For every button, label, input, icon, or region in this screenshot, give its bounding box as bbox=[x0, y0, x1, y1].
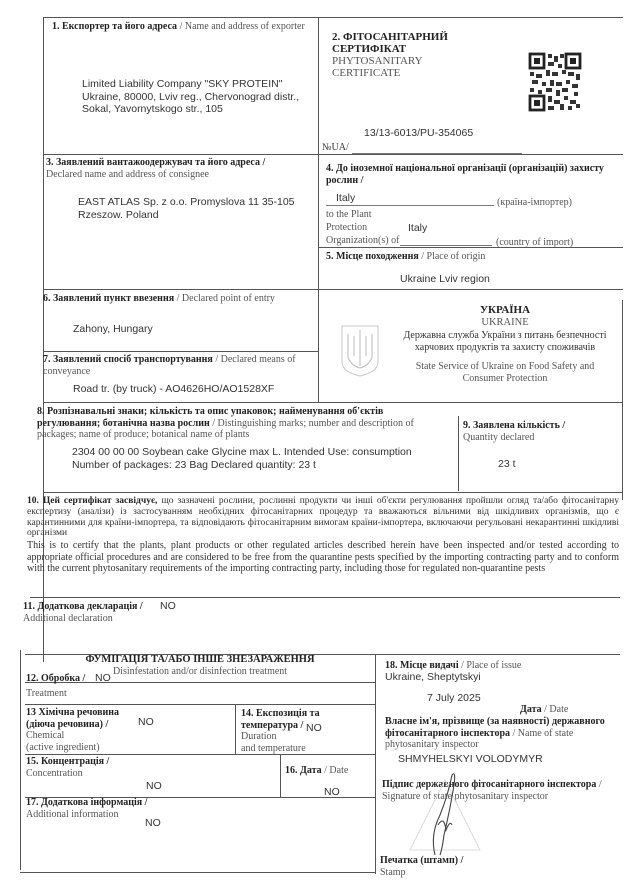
divider bbox=[25, 704, 375, 705]
signature-icon bbox=[400, 765, 490, 865]
title-en-1: PHYTOSANITARY bbox=[332, 55, 448, 67]
box13-label: 13 Хімічна речовина (діюча речовина) / C… bbox=[26, 707, 119, 753]
box4-label-en-1: to the Plant bbox=[326, 209, 372, 221]
box1-label-uk: 1. Експортер та його адреса bbox=[52, 21, 177, 32]
phytosanitary-certificate: 1. Експортер та його адреса / Name and a… bbox=[0, 0, 625, 887]
import-country-en-suffix: (country of import) bbox=[496, 237, 573, 249]
divider bbox=[43, 402, 623, 403]
divider bbox=[280, 754, 281, 797]
divider bbox=[20, 872, 375, 873]
exporter-address: Limited Liability Company "SKY PROTEIN" … bbox=[82, 78, 317, 116]
box8-label: 8. Розпізнавальні знаки; кількість та оп… bbox=[37, 406, 447, 441]
goods-line: 2304 00 00 00 Soybean cake Glycine max L… bbox=[72, 446, 462, 459]
place-of-origin: Ukraine Lviv region bbox=[400, 273, 490, 286]
box10-text-en: This is to certify that the plants, plan… bbox=[27, 540, 619, 575]
import-country-en-underline bbox=[400, 245, 492, 246]
concentration-value: NO bbox=[146, 780, 162, 793]
divider bbox=[235, 704, 236, 754]
authority-service-uk: Державна служба України з питань безпечн… bbox=[400, 330, 610, 353]
authority-country-en: UKRAINE bbox=[400, 317, 610, 329]
box4-label-uk: 4. До іноземної національної організації… bbox=[326, 163, 618, 186]
title-uk-1: 2. ФІТОСАНІТАРНИЙ bbox=[332, 31, 448, 43]
consignee-line: Rzeszow. Poland bbox=[78, 209, 318, 222]
divider bbox=[43, 154, 623, 155]
duration-value: NO bbox=[306, 722, 322, 735]
box10-certification: 10. Цей сертифікат засвідчує, що зазначе… bbox=[27, 496, 619, 575]
authority-service-en: State Service of Ukraine on Food Safety … bbox=[400, 361, 610, 384]
box11-label: 11. Додаткова декларація / Additional de… bbox=[23, 601, 143, 624]
title-uk-2: СЕРТИФІКАТ bbox=[332, 43, 406, 55]
date-value: NO bbox=[324, 786, 340, 799]
number-underline bbox=[352, 153, 522, 154]
divider bbox=[43, 17, 623, 18]
divider bbox=[43, 289, 623, 290]
goods-line: Number of packages: 23 Bag Declared quan… bbox=[72, 459, 462, 472]
inspector-name: SHMYHELSKYI VOLODYMYR bbox=[398, 753, 543, 766]
box3-label-en: Declared name and address of consignee bbox=[46, 169, 209, 180]
issue-date: 7 July 2025 bbox=[427, 692, 481, 705]
import-country-uk-suffix: (країна-імпортер) bbox=[497, 197, 572, 209]
box5-label: 5. Місце походження / Place of origin bbox=[326, 251, 485, 263]
box9-label: 9. Заявлена кількість / Quantity declare… bbox=[463, 420, 618, 443]
divider bbox=[622, 300, 623, 500]
box17-label: 17. Додаткова інформація / Additional in… bbox=[26, 797, 147, 820]
box3-label-uk: 3. Заявлений вантажоодержувач та його ад… bbox=[46, 157, 265, 168]
box12-label-en: Treatment bbox=[26, 688, 67, 700]
box3-label: 3. Заявлений вантажоодержувач та його ад… bbox=[46, 157, 316, 180]
authority-country-uk: УКРАЇНА bbox=[480, 304, 530, 316]
box1-label-en: / Name and address of exporter bbox=[180, 21, 305, 32]
import-country-uk: Italy bbox=[336, 192, 355, 205]
authority-block: УКРАЇНА UKRAINE Державна служба України … bbox=[400, 305, 610, 384]
point-of-entry: Zahony, Hungary bbox=[73, 323, 153, 336]
box4-label-en-3: Organization(s) of bbox=[326, 235, 399, 247]
treatment-value: NO bbox=[95, 672, 111, 685]
goods-description: 2304 00 00 00 Soybean cake Glycine max L… bbox=[72, 446, 462, 471]
means-of-conveyance: Road tr. (by truck) - AO4626HO/AO1528XF bbox=[73, 383, 274, 396]
inspector-label: Власне ім'я, прізвище (за наявності) дер… bbox=[385, 716, 620, 751]
consignee-line: EAST ATLAS Sp. z o.o. Promyslova 11 35-1… bbox=[78, 196, 318, 209]
divider bbox=[25, 754, 375, 755]
box1-label: 1. Експортер та його адреса / Name and a… bbox=[52, 21, 312, 33]
exporter-line: Limited Liability Company "SKY PROTEIN" bbox=[82, 78, 317, 91]
box16-label: 16. Дата / Date bbox=[285, 765, 348, 777]
certificate-title: 2. ФІТОСАНІТАРНИЙ СЕРТИФІКАТ PHYTOSANITA… bbox=[332, 31, 448, 79]
divider bbox=[375, 654, 376, 874]
place-of-issue: Ukraine, Sheptytskyi bbox=[385, 671, 481, 684]
import-country-uk-underline bbox=[326, 205, 494, 206]
exporter-line: Sokal, Yavornytskogo str., 105 bbox=[82, 103, 317, 116]
divider bbox=[318, 17, 319, 402]
divider bbox=[43, 351, 318, 352]
box10-label-uk: 10. Цей сертифікат засвідчує, bbox=[27, 496, 157, 506]
stamp-label: Печатка (штамп) / Stamp bbox=[380, 855, 463, 878]
divider bbox=[318, 247, 623, 248]
divider bbox=[20, 650, 21, 870]
certificate-number: 13/13-6013/PU-354065 bbox=[364, 127, 473, 140]
box7-label: 7. Заявлений спосіб транспортування / De… bbox=[43, 354, 315, 377]
additional-info-value: NO bbox=[145, 817, 161, 830]
trident-emblem-icon bbox=[338, 322, 382, 377]
certificate-number-prefix: №UA/ bbox=[322, 142, 349, 154]
box15-label: 15. Концентрація / Concentration bbox=[26, 756, 109, 779]
chemical-value: NO bbox=[138, 716, 154, 729]
consignee-address: EAST ATLAS Sp. z o.o. Promyslova 11 35-1… bbox=[78, 196, 318, 221]
divider bbox=[43, 492, 623, 493]
box12-label: 12. Обробка / bbox=[26, 673, 85, 685]
import-country-en: Italy bbox=[408, 222, 427, 235]
quantity-declared: 23 t bbox=[498, 458, 516, 471]
qr-code-icon bbox=[528, 52, 582, 112]
box4-label-en-2: Protection bbox=[326, 222, 367, 234]
title-en-2: CERTIFICATE bbox=[332, 67, 448, 79]
box6-label: 6. Заявлений пункт ввезення / Declared p… bbox=[43, 293, 313, 305]
exporter-line: Ukraine, 80000, Lviv reg., Chervonograd … bbox=[82, 91, 317, 104]
additional-declaration: NO bbox=[160, 600, 176, 613]
date-label: Дата / Date bbox=[520, 704, 568, 716]
box18-label: 18. Місце видачі / Place of issue bbox=[385, 660, 521, 672]
divider bbox=[30, 597, 620, 598]
